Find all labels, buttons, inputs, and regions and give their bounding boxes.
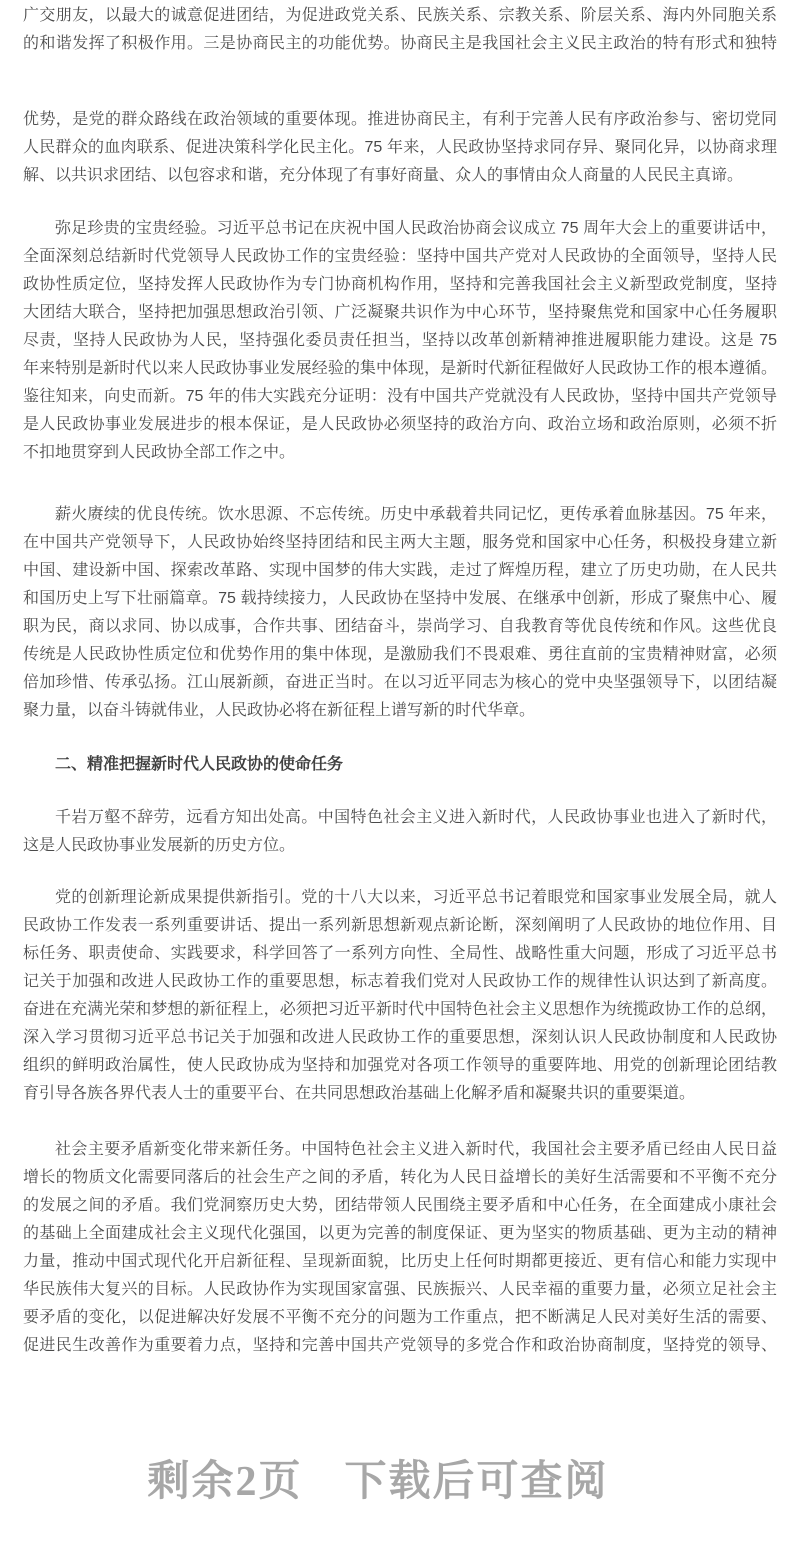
text-line: 增长的物质文化需要同落后的社会生产之间的矛盾，转化为人民日益增长的美好生活需要和…: [23, 1164, 777, 1192]
para-precious-experience: 弥足珍贵的宝贵经验。习近平总书记在庆祝中国人民政治协商会议成立 75 周年大会上…: [23, 215, 777, 467]
text-line: 解、以共识求团结、以包容求和谐，充分体现了有事好商量、众人的事情由众人商量的人民…: [23, 162, 777, 190]
document-preview-page: 广交朋友，以最大的诚意促进团结，为促进政党关系、民族关系、宗教关系、阶层关系、海…: [0, 0, 800, 1554]
remaining-pages-label: 剩余2页: [147, 1448, 302, 1508]
text-line: 年来特别是新时代以来人民政协事业发展经验的集中体现，是新时代新征程做好人民政协工…: [23, 355, 777, 383]
text-line: 职为民，商以求同、协以成事，合作共事、团结奋斗，崇尚学习、自我教育等优良传统和作…: [23, 613, 777, 641]
para-fine-tradition: 薪火赓续的优良传统。饮水思源、不忘传统。历史中承载着共同记忆，更传承着血脉基因。…: [23, 501, 777, 725]
text-line: 记关于加强和改进人民政协工作的重要思想，标志着我们党对人民政协工作的规律性认识达…: [23, 968, 777, 996]
text-line: 千岩万壑不辞劳，远看方知出处高。中国特色社会主义进入新时代，人民政协事业也进入了…: [23, 804, 777, 832]
document-body: 广交朋友，以最大的诚意促进团结，为促进政党关系、民族关系、宗教关系、阶层关系、海…: [0, 0, 800, 1360]
preview-footer: 剩余2页 下载后可查阅: [0, 1448, 778, 1508]
text-line: 广交朋友，以最大的诚意促进团结，为促进政党关系、民族关系、宗教关系、阶层关系、海…: [23, 2, 777, 30]
text-line: 是人民政协事业发展进步的根本保证，是人民政协必须坚持的政治方向、政治立场和政治原…: [23, 411, 777, 439]
para-principal-contradiction: 社会主要矛盾新变化带来新任务。中国特色社会主义进入新时代，我国社会主要矛盾已经由…: [23, 1136, 777, 1360]
text-line: 党的创新理论新成果提供新指引。党的十八大以来，习近平总书记着眼党和国家事业发展全…: [23, 884, 777, 912]
text-line: 社会主要矛盾新变化带来新任务。中国特色社会主义进入新时代，我国社会主要矛盾已经由…: [23, 1136, 777, 1164]
text-line: 优势，是党的群众路线在政治领域的重要体现。推进协商民主，有利于完善人民有序政治参…: [23, 106, 777, 134]
para-new-era: 千岩万壑不辞劳，远看方知出处高。中国特色社会主义进入新时代，人民政协事业也进入了…: [23, 804, 777, 860]
text-line: 育引导各族各界代表人士的重要平台、在共同思想政治基础上化解矛盾和凝聚共识的重要渠…: [23, 1080, 777, 1108]
text-line: 不扣地贯穿到人民政协全部工作之中。: [23, 439, 777, 467]
para-page1-tail: 广交朋友，以最大的诚意促进团结，为促进政党关系、民族关系、宗教关系、阶层关系、海…: [23, 2, 777, 58]
text-line: 传统是人民政协性质定位和优势作用的集中体现，是激励我们不畏艰难、勇往直前的宝贵精…: [23, 641, 777, 669]
text-line: 弥足珍贵的宝贵经验。习近平总书记在庆祝中国人民政治协商会议成立 75 周年大会上…: [23, 215, 777, 243]
para-advantage: 优势，是党的群众路线在政治领域的重要体现。推进协商民主，有利于完善人民有序政治参…: [23, 106, 777, 190]
text-line: 标任务、职责使命、实践要求，科学回答了一系列方向性、全局性、战略性重大问题，形成…: [23, 940, 777, 968]
text-line: 深入学习贯彻习近平总书记关于加强和改进人民政协工作的重要思想，深刻认识人民政协制…: [23, 1024, 777, 1052]
text-line: 组织的鲜明政治属性，使人民政协成为坚持和加强党对各项工作领导的重要阵地、用党的创…: [23, 1052, 777, 1080]
text-line: 薪火赓续的优良传统。饮水思源、不忘传统。历史中承载着共同记忆，更传承着血脉基因。…: [23, 501, 777, 529]
text-line: 倍加珍惜、传承弘扬。江山展新颜，奋进正当时。在以习近平同志为核心的党中央坚强领导…: [23, 669, 777, 697]
text-line: 大团结大联合，坚持把加强思想政治引领、广泛凝聚共识作为中心环节，坚持聚焦党和国家…: [23, 299, 777, 327]
text-line: 促进民生改善作为重要着力点，坚持和完善中国共产党领导的多党合作和政治协商制度，坚…: [23, 1332, 777, 1360]
text-line: 民政协工作发表一系列重要讲话、提出一系列新思想新观点新论断，深刻阐明了人民政协的…: [23, 912, 777, 940]
text-line: 人民群众的血肉联系、促进决策科学化民主化。75 年来，人民政协坚持求同存异、聚同…: [23, 134, 777, 162]
download-hint-label: 下载后可查阅: [345, 1448, 609, 1508]
text-line: 奋进在充满光荣和梦想的新征程上，必须把习近平新时代中国特色社会主义思想作为统揽政…: [23, 996, 777, 1024]
text-line: 要矛盾的变化，以促进解决好发展不平衡不充分的问题为工作重点，把不断满足人民对美好…: [23, 1304, 777, 1332]
text-line: 政协性质定位，坚持发挥人民政协作为专门协商机构作用，坚持和完善我国社会主义新型政…: [23, 271, 777, 299]
text-line: 中国、建设新中国、探索改革路、实现中国梦的伟大实践，走过了辉煌历程，建立了历史功…: [23, 557, 777, 585]
text-line: 聚力量，以奋斗铸就伟业，人民政协必将在新征程上谱写新的时代华章。: [23, 697, 777, 725]
text-line: 全面深刻总结新时代党领导人民政协工作的宝贵经验：坚持中国共产党对人民政协的全面领…: [23, 243, 777, 271]
text-line: 鉴往知来，向史而新。75 年的伟大实践充分证明：没有中国共产党就没有人民政协，坚…: [23, 383, 777, 411]
para-innovation-theory: 党的创新理论新成果提供新指引。党的十八大以来，习近平总书记着眼党和国家事业发展全…: [23, 884, 777, 1108]
text-line: 华民族伟大复兴的目标。人民政协作为实现国家富强、民族振兴、人民幸福的重要力量，必…: [23, 1276, 777, 1304]
section-heading-2: 二、精准把握新时代人民政协的使命任务: [23, 751, 777, 779]
text-line: 在中国共产党领导下，人民政协始终坚持团结和民主两大主题，服务党和国家中心任务，积…: [23, 529, 777, 557]
text-line: 的发展之间的矛盾。我们党洞察历史大势，团结带领人民围绕主要矛盾和中心任务，在全面…: [23, 1192, 777, 1220]
text-line: 和国历史上写下壮丽篇章。75 载持续接力，人民政协在坚持中发展、在继承中创新，形…: [23, 585, 777, 613]
text-line: 的基础上全面建成社会主义现代化强国，以更为完善的制度保证、更为坚实的物质基础、更…: [23, 1220, 777, 1248]
text-line: 这是人民政协事业发展新的历史方位。: [23, 832, 777, 860]
text-line: 的和谐发挥了积极作用。三是协商民主的功能优势。协商民主是我国社会主义民主政治的特…: [23, 30, 777, 58]
text-line: 尽责，坚持人民政协为人民，坚持强化委员责任担当，坚持以改革创新精神推进履职能力建…: [23, 327, 777, 355]
text-line: 力量，推动中国式现代化开启新征程、呈现新面貌，比历史上任何时期都更接近、更有信心…: [23, 1248, 777, 1276]
